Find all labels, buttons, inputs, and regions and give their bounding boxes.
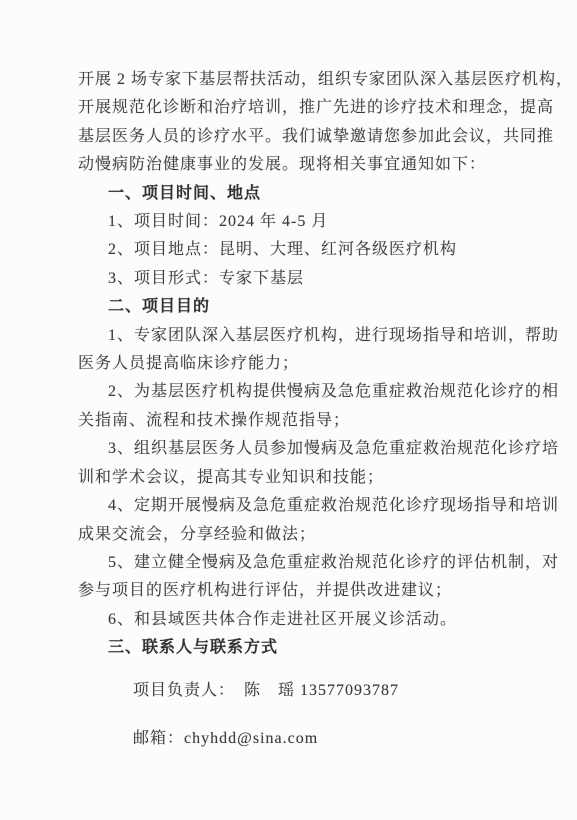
- section-1-heading: 一、项目时间、地点: [78, 180, 524, 208]
- section-2-item-line: 6、和县域医共体合作走进社区开展义诊活动。: [78, 606, 524, 634]
- document-content: 开展 2 场专家下基层帮扶活动，组织专家团队深入基层医疗机构， 开展规范化诊断和…: [78, 66, 524, 753]
- section-2-item-line: 成果交流会，分享经验和做法；: [78, 521, 524, 549]
- section-1-item: 2、项目地点：昆明、大理、红河各级医疗机构: [78, 236, 524, 264]
- intro-line: 动慢病防治健康事业的发展。现将相关事宜通知如下：: [78, 151, 524, 179]
- section-2-item-line: 医务人员提高临床诊疗能力；: [78, 350, 524, 378]
- section-2-item-line: 5、建立健全慢病及急危重症救治规范化诊疗的评估机制，对: [78, 549, 524, 577]
- section-2-item-line: 关指南、流程和技术操作规范指导；: [78, 407, 524, 435]
- section-2-item-line: 3、组织基层医务人员参加慢病及急危重症救治规范化诊疗培: [78, 435, 524, 463]
- document-page: 开展 2 场专家下基层帮扶活动，组织专家团队深入基层医疗机构， 开展规范化诊断和…: [0, 0, 577, 820]
- intro-line: 基层医务人员的诊疗水平。我们诚挚邀请您参加此会议，共同推: [78, 123, 524, 151]
- section-2-item-line: 4、定期开展慢病及急危重症救治规范化诊疗现场指导和培训: [78, 492, 524, 520]
- contact-person-line: 项目负责人： 陈 瑶 13577093787: [78, 677, 524, 705]
- section-1-item: 1、项目时间：2024 年 4-5 月: [78, 208, 524, 236]
- intro-line: 开展规范化诊断和治疗培训，推广先进的诊疗技术和理念，提高: [78, 94, 524, 122]
- section-2-item-line: 1、专家团队深入基层医疗机构，进行现场指导和培训，帮助: [78, 322, 524, 350]
- section-2-heading: 二、项目目的: [78, 293, 524, 321]
- section-2-item-line: 2、为基层医疗机构提供慢病及急危重症救治规范化诊疗的相: [78, 378, 524, 406]
- contact-email-line: 邮箱：chyhdd@sina.com: [78, 725, 524, 753]
- section-2-item-line: 训和学术会议，提高其专业知识和技能；: [78, 464, 524, 492]
- section-3-heading: 三、联系人与联系方式: [78, 634, 524, 662]
- section-1-item: 3、项目形式：专家下基层: [78, 265, 524, 293]
- section-2-item-line: 参与项目的医疗机构进行评估，并提供改进建议；: [78, 577, 524, 605]
- intro-line: 开展 2 场专家下基层帮扶活动，组织专家团队深入基层医疗机构，: [78, 66, 524, 94]
